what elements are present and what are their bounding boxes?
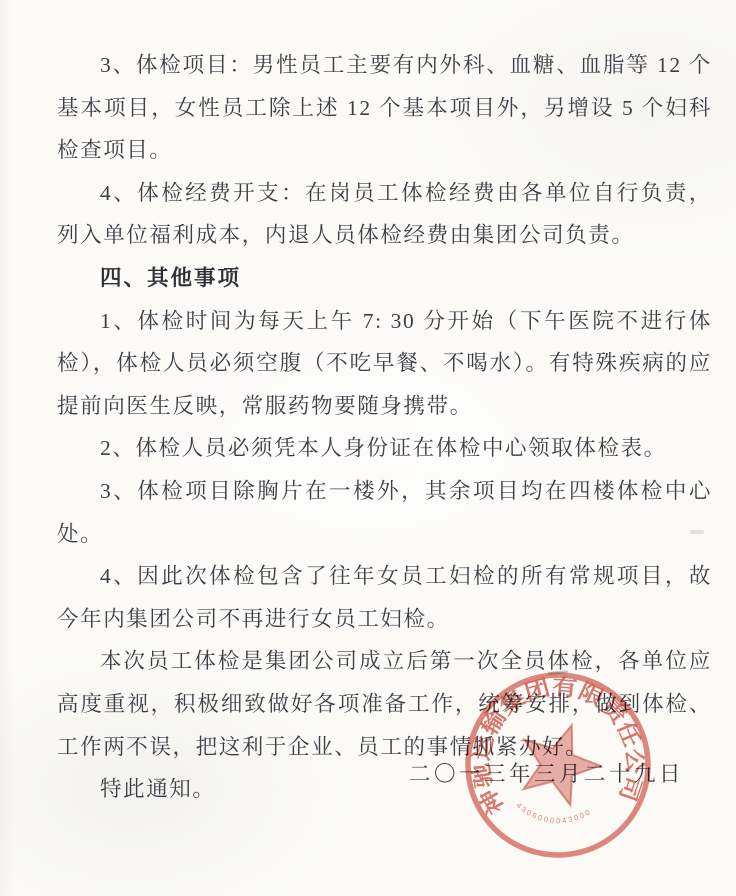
section-heading: 四、其他事项 [57,257,712,300]
paragraph: 3、体检项目除胸片在一楼外，其余项目均在四楼体检中心处。 [57,470,712,555]
paragraph: 本次员工体检是集团公司成立后第一次全员体检，各单位应高度重视，积极细致做好各项准… [57,640,712,768]
signature-date: 二〇一三年三月二十九日 [409,757,684,788]
scan-artifact-smudge [690,530,704,534]
paragraph: 4、因此次体检包含了往年女员工妇检的所有常规项目，故今年内集团公司不再进行女员工… [57,555,712,640]
paragraph: 3、体检项目：男性员工主要有内外科、血糖、血脂等 12 个基本项目，女性员工除上… [57,44,712,172]
paragraph: 1、体检时间为每天上午 7: 30 分开始（下午医院不进行体检），体检人员必须空… [57,300,712,428]
paragraph: 2、体检人员必须凭本人身份证在体检中心领取体检表。 [57,427,712,470]
scanned-notice-page: 3、体检项目：男性员工主要有内外科、血糖、血脂等 12 个基本项目，女性员工除上… [0,0,736,896]
document-body: 3、体检项目：男性员工主要有内外科、血糖、血脂等 12 个基本项目，女性员工除上… [57,44,712,811]
paragraph: 4、体检经费开支：在岗员工体检经费由各单位自行负责，列入单位福利成本，内退人员体… [57,172,712,257]
